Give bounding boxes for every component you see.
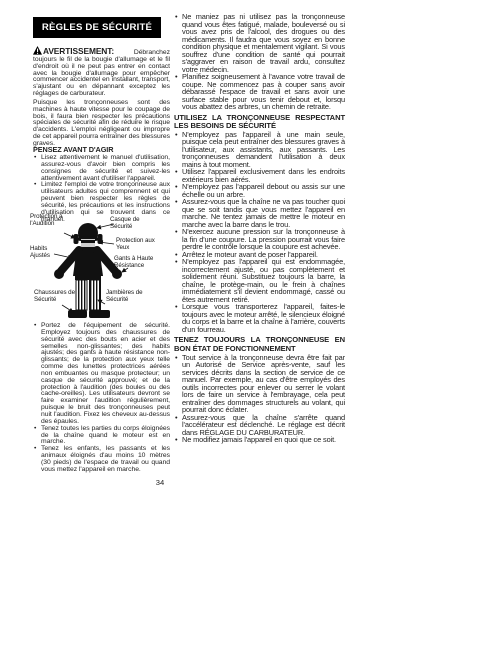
list-item: Ne modifiez jamais l'appareil en quoi qu… <box>174 436 345 444</box>
safety-equipment-figure: Protection à l'Audition Casque de Sécuri… <box>30 214 170 322</box>
page-number: 34 <box>130 478 190 487</box>
figure-label-eye-protection: Protection aux Yeux <box>116 238 156 251</box>
list-item: N'employez pas l'appareil à une main seu… <box>174 131 345 169</box>
list-item: Utilisez l'appareil exclusivement dans l… <box>174 168 345 183</box>
bullet-text: Lorsque vous transporterez l'appareil, f… <box>182 302 345 334</box>
list-item: N'employez pas l'appareil qui est endomm… <box>174 258 345 303</box>
list-item: Tenez toutes les parties du corps éloign… <box>33 426 170 447</box>
bullet-text: Ne modifiez jamais l'appareil en quoi qu… <box>182 435 336 444</box>
section-heading-tenez: TENEZ TOUJOURS LA TRONÇONNEUSE EN BON ÉT… <box>174 336 345 352</box>
figure-label-hearing-protection: Protection à l'Audition <box>30 214 68 227</box>
warning-triangle-icon <box>33 46 42 55</box>
warning-text: Débranchez toujours le fil de la bougie … <box>33 49 170 97</box>
list-item: Ne maniez pas ni utilisez pas la tronçon… <box>174 13 345 73</box>
bullet-text: Assurez-vous que la chaîne s'arrête quan… <box>182 413 345 437</box>
left-column-top: RÈGLES DE SÉCURITÉ AVERTISSEMENT: Débran… <box>33 17 170 150</box>
list-item: Planifiez soigneusement à l'avance votre… <box>174 73 345 111</box>
hips <box>75 275 101 280</box>
arrow-to-boot <box>62 305 73 312</box>
manual-page: RÈGLES DE SÉCURITÉ AVERTISSEMENT: Débran… <box>0 0 500 647</box>
bullet-text: Tout service à la tronçonneuse devra êtr… <box>182 353 345 415</box>
figure-label-gloves: Gants à Haute Résistance <box>114 256 162 269</box>
figure-label-safety-shoes: Chaussures de Sécurité <box>34 290 78 303</box>
glove-right-icon <box>112 269 122 279</box>
warning-label: AVERTISSEMENT: <box>43 46 114 56</box>
glove-left-icon <box>54 269 64 279</box>
bullet-text: Ne maniez pas ni utilisez pas la tronçon… <box>182 12 345 74</box>
list-item: N'employez pas l'appareil debout ou assi… <box>174 183 345 198</box>
section-heading-utilisez: UTILISEZ LA TRONÇONNEUSE RESPECTANT LES … <box>174 114 345 130</box>
arrow-to-earmuff <box>64 233 75 238</box>
bullet-text: Lisez attentivement le manuel d'utilisat… <box>41 154 170 182</box>
boot-right-icon <box>89 310 110 318</box>
section-pensez: PENSEZ AVANT D'AGIR Lisez attentivement … <box>33 146 170 223</box>
bullet-text: Planifiez soigneusement à l'avance votre… <box>182 72 345 111</box>
intro-paragraph: Puisque les tronçonneuses sont des machi… <box>33 100 170 148</box>
bullet-text: Tenez toutes les parties du corps éloign… <box>41 425 170 446</box>
list-item: Assurez-vous que la chaîne ne va pas tou… <box>174 198 345 228</box>
bullet-text: Tenez les enfants, les passants et les a… <box>41 445 170 473</box>
bullet-text: Assurez-vous que la chaîne ne va pas tou… <box>182 197 345 229</box>
list-item: Lorsque vous transporterez l'appareil, f… <box>174 303 345 333</box>
bullet-text: N'exercez aucune pression sur la tronçon… <box>182 227 345 251</box>
bullet-text: Portez de l'équipement de sécurité. Empl… <box>41 322 170 425</box>
list-item: Tout service à la tronçonneuse devra êtr… <box>174 354 345 414</box>
list-item: Tenez les enfants, les passants et les a… <box>33 446 170 473</box>
earmuff-left-icon <box>74 234 79 244</box>
page-title: RÈGLES DE SÉCURITÉ <box>33 17 161 38</box>
bullet-text: N'employez pas l'appareil qui est endomm… <box>182 257 345 304</box>
chaps-right-icon <box>90 280 101 310</box>
left-column-bottom: Portez de l'équipement de sécurité. Empl… <box>33 323 170 474</box>
warning-section: AVERTISSEMENT: Débranchez toujours le fi… <box>33 46 170 148</box>
bullet-text: N'employez pas l'appareil à une main seu… <box>182 130 345 169</box>
boot-left-icon <box>68 310 87 318</box>
figure-label-fitted-clothes: Habits Ajustés <box>30 246 60 259</box>
right-column: Ne maniez pas ni utilisez pas la tronçon… <box>174 13 345 444</box>
goggles-icon <box>81 240 95 243</box>
figure-label-leg-protection: Jambières de Sécurité <box>106 290 150 303</box>
list-item: N'exercez aucune pression sur la tronçon… <box>174 228 345 251</box>
warning-paragraph: AVERTISSEMENT: Débranchez toujours le fi… <box>33 46 170 98</box>
list-item: Lisez attentivement le manuel d'utilisat… <box>33 155 170 182</box>
list-item: Portez de l'équipement de sécurité. Empl… <box>33 323 170 426</box>
list-item: Assurez-vous que la chaîne s'arrête quan… <box>174 414 345 437</box>
figure-label-safety-helmet: Casque de Sécurité <box>110 217 146 230</box>
section-heading: PENSEZ AVANT D'AGIR <box>33 146 170 154</box>
